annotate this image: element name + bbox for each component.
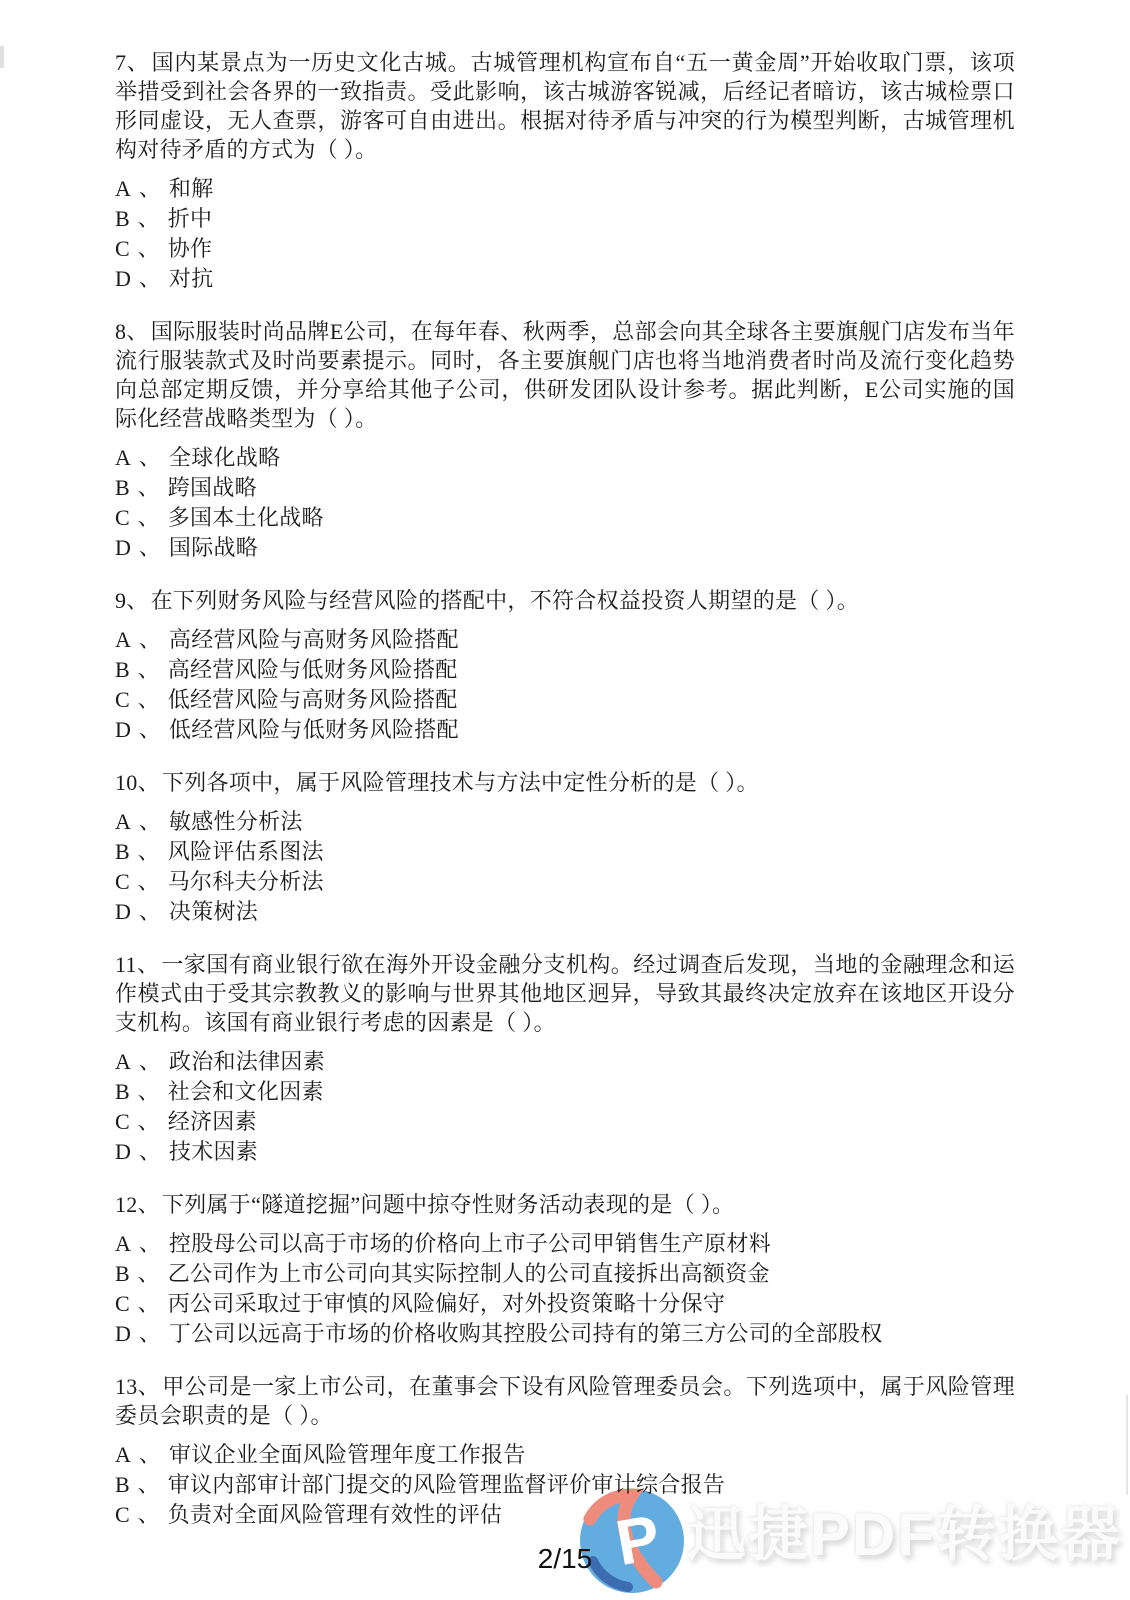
question-8: 8、国际服装时尚品牌E公司，在每年春、秋两季，总部会向其全球各主要旗舰门店发布当… — [115, 317, 1015, 563]
option-row: C、丙公司采取过于审慎的风险偏好，对外投资策略十分保守 — [115, 1289, 1015, 1319]
option-label: C、 — [115, 505, 168, 530]
question-stem: 8、国际服装时尚品牌E公司，在每年春、秋两季，总部会向其全球各主要旗舰门店发布当… — [115, 317, 1015, 433]
option-label: B、 — [115, 839, 168, 864]
options-list: A、审议企业全面风险管理年度工作报告 B、审议内部审计部门提交的风险管理监督评价… — [115, 1440, 1015, 1530]
options-list: A、和解 B、折中 C、协作 D、对抗 — [115, 174, 1015, 294]
question-11: 11、一家国有商业银行欲在海外开设金融分支机构。经过调查后发现，当地的金融理念和… — [115, 950, 1015, 1167]
question-stem: 10、下列各项中，属于风险管理技术与方法中定性分析的是（ ）。 — [115, 768, 1015, 797]
question-text: 一家国有商业银行欲在海外开设金融分支机构。经过调查后发现，当地的金融理念和运作模… — [115, 952, 1015, 1035]
question-number: 11、 — [115, 952, 159, 977]
question-text: 下列各项中，属于风险管理技术与方法中定性分析的是（ ）。 — [162, 770, 759, 795]
option-row: B、乙公司作为上市公司向其实际控制人的公司直接拆出高额资金 — [115, 1259, 1015, 1289]
question-10: 10、下列各项中，属于风险管理技术与方法中定性分析的是（ ）。 A、敏感性分析法… — [115, 768, 1015, 927]
option-text: 国际战略 — [169, 535, 258, 560]
question-number: 12、 — [115, 1192, 160, 1217]
option-label: D、 — [115, 1139, 169, 1164]
option-text: 社会和文化因素 — [168, 1079, 324, 1104]
question-number: 10、 — [115, 770, 160, 795]
option-row: C、马尔科夫分析法 — [115, 867, 1015, 897]
option-text: 协作 — [168, 236, 213, 261]
option-row: A、敏感性分析法 — [115, 807, 1015, 837]
option-text: 丁公司以远高于市场的价格收购其控股公司持有的第三方公司的全部股权 — [169, 1321, 883, 1346]
option-text: 多国本土化战略 — [168, 505, 324, 530]
option-row: D、丁公司以远高于市场的价格收购其控股公司持有的第三方公司的全部股权 — [115, 1319, 1015, 1349]
option-label: D、 — [115, 1321, 169, 1346]
option-label: C、 — [115, 1109, 168, 1134]
option-label: A、 — [115, 809, 169, 834]
options-list: A、高经营风险与高财务风险搭配 B、高经营风险与低财务风险搭配 C、低经营风险与… — [115, 625, 1015, 745]
option-row: A、审议企业全面风险管理年度工作报告 — [115, 1440, 1015, 1470]
question-number: 9、 — [115, 588, 149, 613]
option-text: 丙公司采取过于审慎的风险偏好，对外投资策略十分保守 — [168, 1291, 726, 1316]
option-row: A、高经营风险与高财务风险搭配 — [115, 625, 1015, 655]
option-label: D、 — [115, 266, 169, 291]
question-number: 13、 — [115, 1374, 160, 1399]
option-label: A、 — [115, 1231, 169, 1256]
option-text: 和解 — [169, 176, 214, 201]
option-label: D、 — [115, 899, 169, 924]
page-number: 2/15 — [0, 1543, 1130, 1575]
question-stem: 9、在下列财务风险与经营风险的搭配中，不符合权益投资人期望的是（ ）。 — [115, 586, 1015, 615]
option-label: B、 — [115, 1261, 168, 1286]
option-row: D、对抗 — [115, 264, 1015, 294]
scan-edge-artifact-left — [0, 46, 4, 68]
question-text: 国内某景点为一历史文化古城。古城管理机构宣布自“五一黄金周”开始收取门票，该项举… — [115, 50, 1015, 162]
option-label: B、 — [115, 1079, 168, 1104]
option-label: B、 — [115, 206, 168, 231]
option-label: C、 — [115, 869, 168, 894]
question-9: 9、在下列财务风险与经营风险的搭配中，不符合权益投资人期望的是（ ）。 A、高经… — [115, 586, 1015, 745]
option-row: A、和解 — [115, 174, 1015, 204]
question-number: 7、 — [115, 50, 150, 75]
option-text: 乙公司作为上市公司向其实际控制人的公司直接拆出高额资金 — [168, 1261, 770, 1286]
option-text: 技术因素 — [169, 1139, 258, 1164]
option-row: D、技术因素 — [115, 1137, 1015, 1167]
option-row: C、协作 — [115, 234, 1015, 264]
option-text: 跨国战略 — [168, 475, 257, 500]
question-13: 13、甲公司是一家上市公司，在董事会下设有风险管理委员会。下列选项中，属于风险管… — [115, 1372, 1015, 1530]
question-text: 下列属于“隧道挖掘”问题中掠夺性财务活动表现的是（ ）。 — [162, 1192, 734, 1217]
option-text: 审议企业全面风险管理年度工作报告 — [169, 1442, 526, 1467]
option-text: 高经营风险与高财务风险搭配 — [169, 627, 459, 652]
option-label: D、 — [115, 535, 169, 560]
option-text: 马尔科夫分析法 — [168, 869, 324, 894]
options-list: A、控股母公司以高于市场的价格向上市子公司甲销售生产原材料 B、乙公司作为上市公… — [115, 1229, 1015, 1349]
option-text: 对抗 — [169, 266, 214, 291]
option-row: B、跨国战略 — [115, 473, 1015, 503]
option-row: C、负责对全面风险管理有效性的评估 — [115, 1500, 1015, 1530]
scan-edge-artifact-right — [1126, 1395, 1128, 1495]
option-row: A、政治和法律因素 — [115, 1047, 1015, 1077]
option-text: 政治和法律因素 — [169, 1049, 325, 1074]
option-text: 审议内部审计部门提交的风险管理监督评价审计综合报告 — [168, 1472, 726, 1497]
option-label: C、 — [115, 687, 168, 712]
option-text: 全球化战略 — [169, 445, 281, 470]
question-text: 国际服装时尚品牌E公司，在每年春、秋两季，总部会向其全球各主要旗舰门店发布当年流… — [115, 319, 1015, 431]
option-text: 风险评估系图法 — [168, 839, 324, 864]
question-stem: 13、甲公司是一家上市公司，在董事会下设有风险管理委员会。下列选项中，属于风险管… — [115, 1372, 1015, 1430]
question-7: 7、国内某景点为一历史文化古城。古城管理机构宣布自“五一黄金周”开始收取门票，该… — [115, 48, 1015, 294]
question-stem: 11、一家国有商业银行欲在海外开设金融分支机构。经过调查后发现，当地的金融理念和… — [115, 950, 1015, 1037]
option-label: C、 — [115, 1291, 168, 1316]
options-list: A、全球化战略 B、跨国战略 C、多国本土化战略 D、国际战略 — [115, 443, 1015, 563]
option-row: C、多国本土化战略 — [115, 503, 1015, 533]
option-row: C、低经营风险与高财务风险搭配 — [115, 685, 1015, 715]
option-row: D、国际战略 — [115, 533, 1015, 563]
option-row: D、决策树法 — [115, 897, 1015, 927]
option-row: A、控股母公司以高于市场的价格向上市子公司甲销售生产原材料 — [115, 1229, 1015, 1259]
option-row: D、低经营风险与低财务风险搭配 — [115, 715, 1015, 745]
option-label: B、 — [115, 657, 168, 682]
option-text: 决策树法 — [169, 899, 258, 924]
option-row: B、高经营风险与低财务风险搭配 — [115, 655, 1015, 685]
option-text: 折中 — [168, 206, 213, 231]
option-row: A、全球化战略 — [115, 443, 1015, 473]
option-row: B、折中 — [115, 204, 1015, 234]
options-list: A、政治和法律因素 B、社会和文化因素 C、经济因素 D、技术因素 — [115, 1047, 1015, 1167]
question-text: 在下列财务风险与经营风险的搭配中，不符合权益投资人期望的是（ ）。 — [151, 588, 859, 613]
option-row: B、审议内部审计部门提交的风险管理监督评价审计综合报告 — [115, 1470, 1015, 1500]
option-label: A、 — [115, 627, 169, 652]
option-text: 低经营风险与高财务风险搭配 — [168, 687, 458, 712]
option-label: B、 — [115, 1472, 168, 1497]
option-label: A、 — [115, 445, 169, 470]
question-12: 12、下列属于“隧道挖掘”问题中掠夺性财务活动表现的是（ ）。 A、控股母公司以… — [115, 1190, 1015, 1349]
option-label: C、 — [115, 1502, 168, 1527]
option-label: A、 — [115, 1049, 169, 1074]
questions-content: 7、国内某景点为一历史文化古城。古城管理机构宣布自“五一黄金周”开始收取门票，该… — [0, 0, 1130, 1530]
option-label: D、 — [115, 717, 169, 742]
option-label: A、 — [115, 1442, 169, 1467]
option-text: 控股母公司以高于市场的价格向上市子公司甲销售生产原材料 — [169, 1231, 771, 1256]
question-text: 甲公司是一家上市公司，在董事会下设有风险管理委员会。下列选项中，属于风险管理委员… — [115, 1374, 1015, 1428]
option-label: B、 — [115, 475, 168, 500]
option-row: C、经济因素 — [115, 1107, 1015, 1137]
question-number: 8、 — [115, 319, 149, 344]
option-text: 高经营风险与低财务风险搭配 — [168, 657, 458, 682]
question-stem: 12、下列属于“隧道挖掘”问题中掠夺性财务活动表现的是（ ）。 — [115, 1190, 1015, 1219]
question-stem: 7、国内某景点为一历史文化古城。古城管理机构宣布自“五一黄金周”开始收取门票，该… — [115, 48, 1015, 164]
option-text: 经济因素 — [168, 1109, 257, 1134]
option-text: 负责对全面风险管理有效性的评估 — [168, 1502, 503, 1527]
option-row: B、社会和文化因素 — [115, 1077, 1015, 1107]
options-list: A、敏感性分析法 B、风险评估系图法 C、马尔科夫分析法 D、决策树法 — [115, 807, 1015, 927]
exam-page: P 迅捷PDF转换器 7、国内某景点为一历史文化古城。古城管理机构宣布自“五一黄… — [0, 0, 1130, 1600]
option-label: A、 — [115, 176, 169, 201]
option-text: 敏感性分析法 — [169, 809, 303, 834]
option-row: B、风险评估系图法 — [115, 837, 1015, 867]
option-label: C、 — [115, 236, 168, 261]
option-text: 低经营风险与低财务风险搭配 — [169, 717, 459, 742]
